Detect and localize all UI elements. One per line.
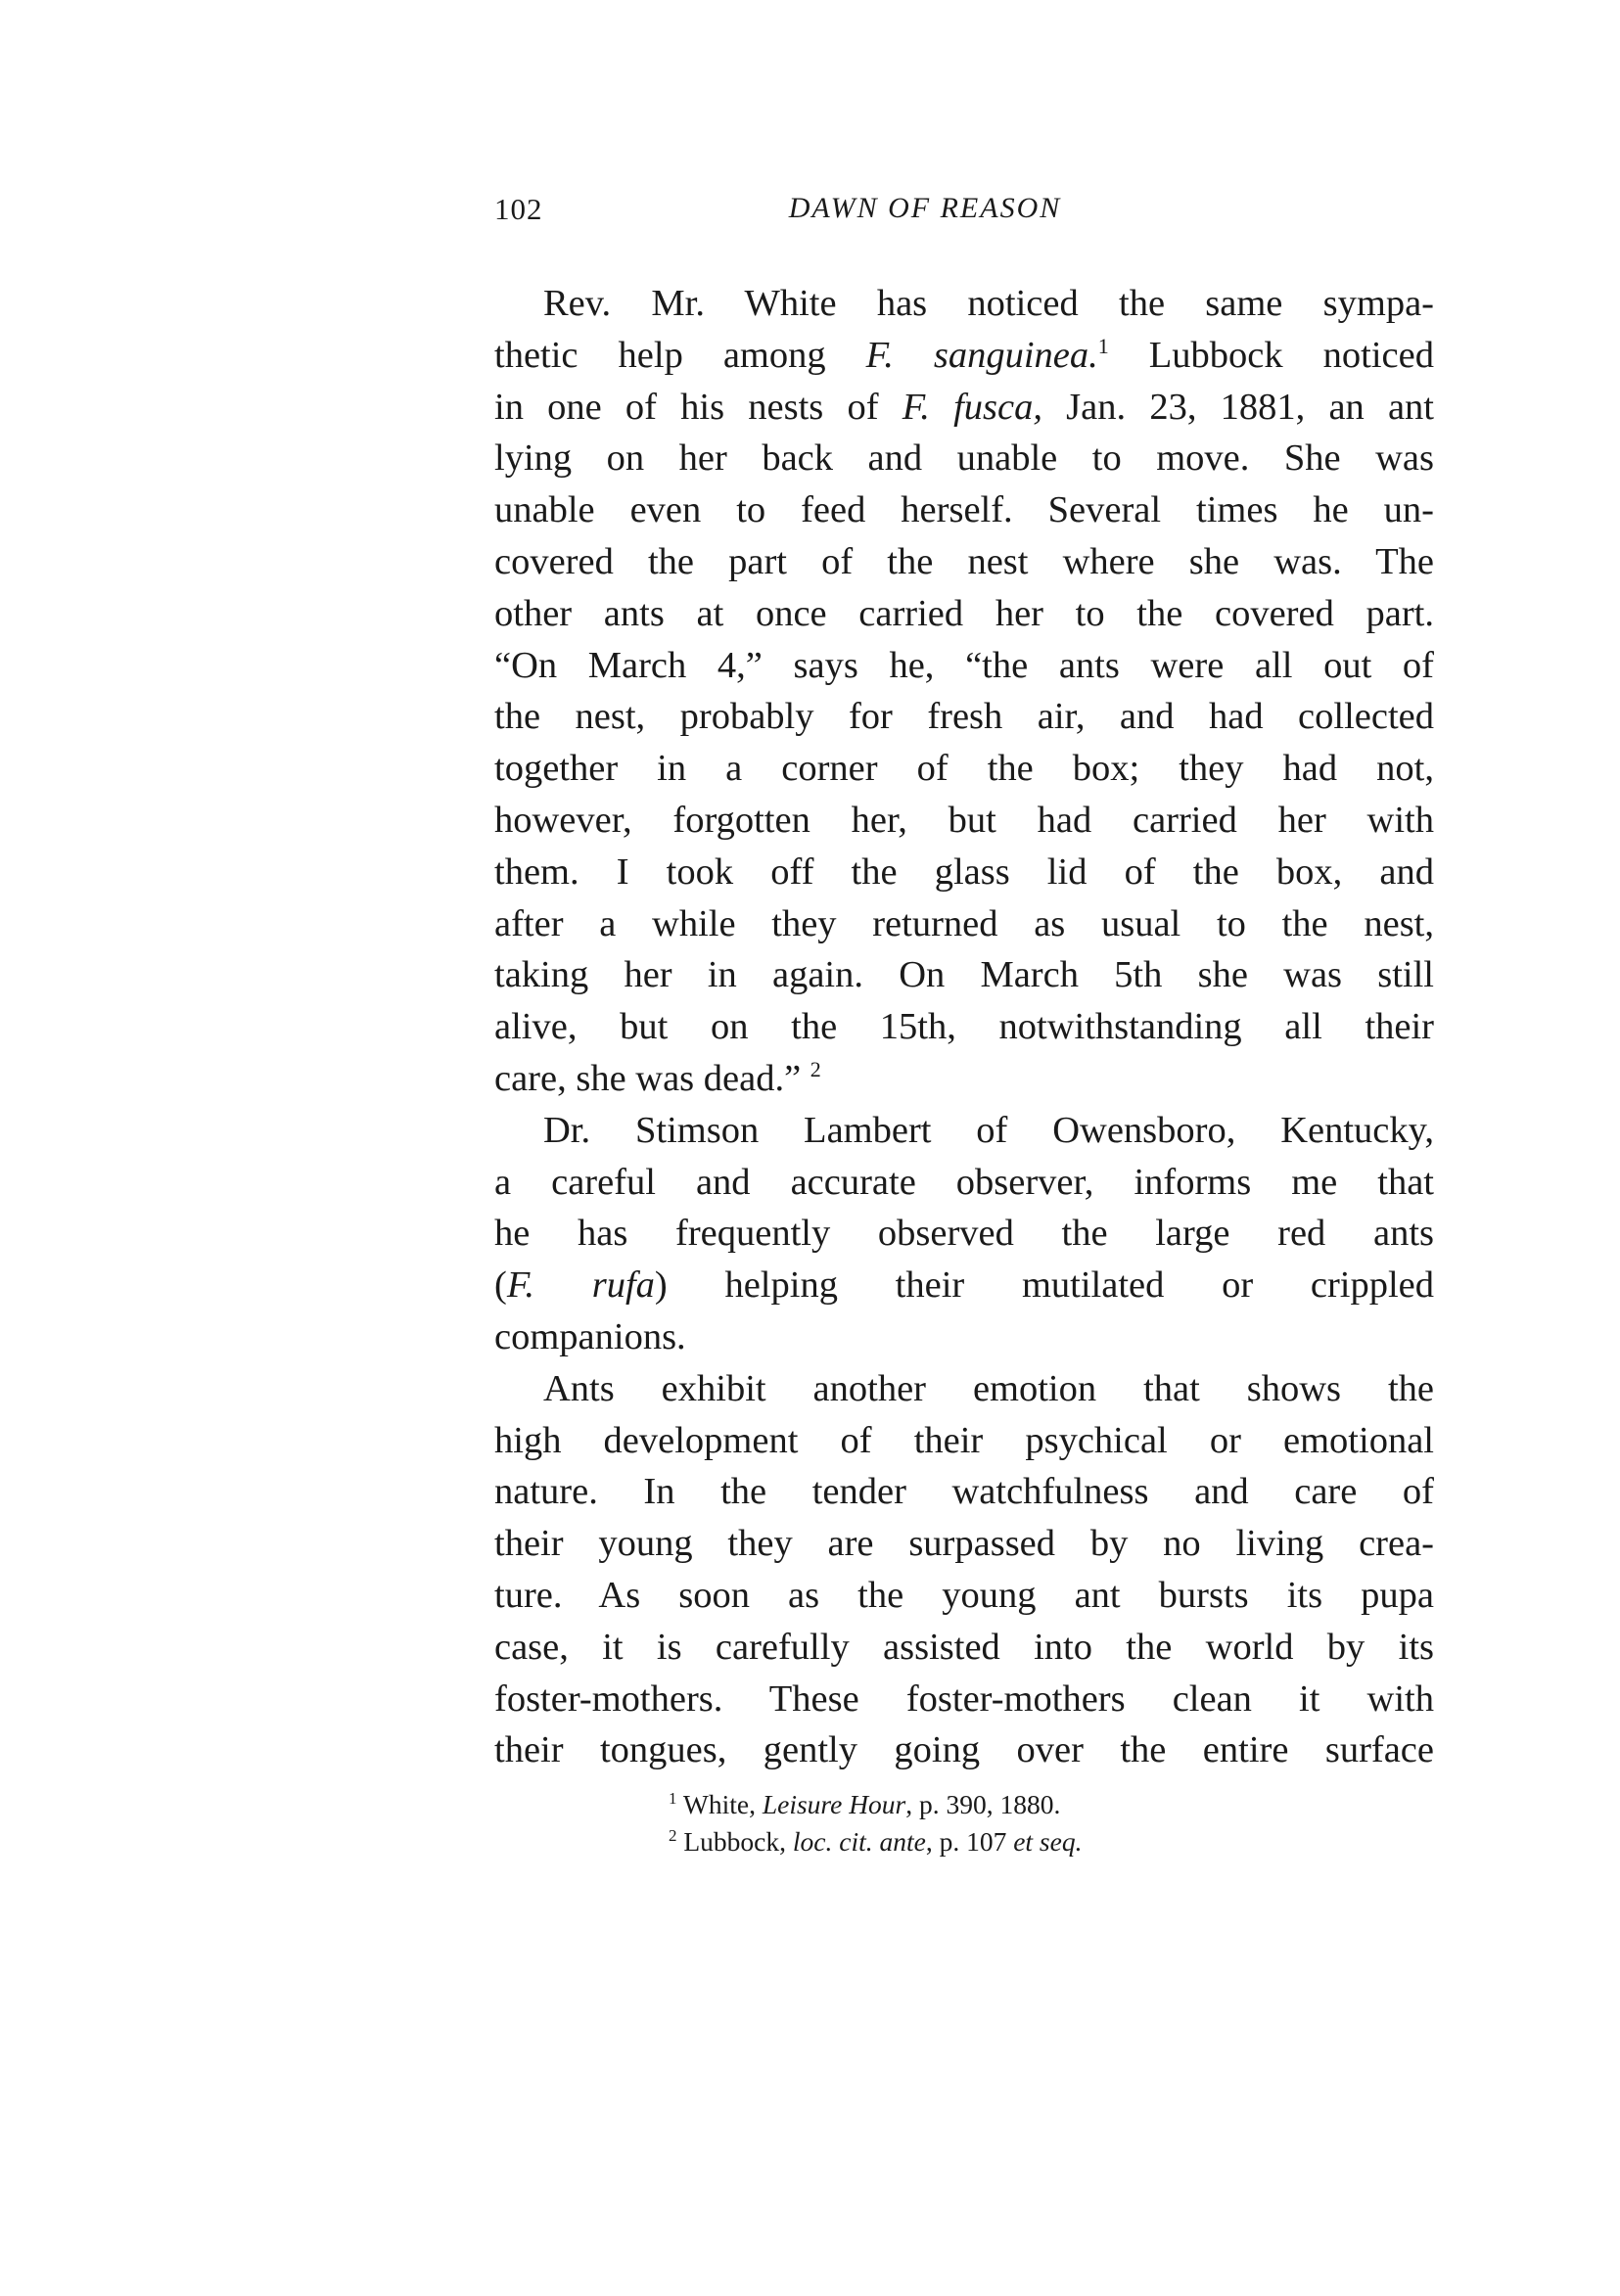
text-run: nature. In the tender watchfulness and c… <box>494 1471 1434 1512</box>
italic-run: F. sanguinea. <box>866 335 1098 376</box>
italic-run: loc. cit. ante <box>793 1826 926 1857</box>
text-run: other ants at once carried her to the co… <box>494 593 1434 634</box>
running-header: 102 DAWN OF REASON <box>494 192 1434 231</box>
text-run: “On March 4,” says he, “the ants were al… <box>494 645 1434 686</box>
text-line: unable even to feed herself. Several tim… <box>494 484 1434 536</box>
text-line: their tongues, gently going over the ent… <box>494 1724 1434 1776</box>
paragraph: Rev. Mr. White has noticed the same symp… <box>494 278 1434 1105</box>
text-run: together in a corner of the box; they ha… <box>494 748 1434 789</box>
footnote: 1 White, Leisure Hour, p. 390, 1880. <box>669 1786 1354 1823</box>
text-line: however, forgotten her, but had carried … <box>494 795 1434 847</box>
text-line: “On March 4,” says he, “the ants were al… <box>494 640 1434 692</box>
text-run: unable even to feed herself. Several tim… <box>494 489 1434 530</box>
text-line: them. I took off the glass lid of the bo… <box>494 847 1434 898</box>
text-run: taking her in again. On March 5th she wa… <box>494 954 1434 995</box>
text-line: Rev. Mr. White has noticed the same symp… <box>494 278 1434 330</box>
text-line: foster-mothers. These foster-mothers cle… <box>494 1674 1434 1725</box>
text-line: nature. In the tender watchfulness and c… <box>494 1466 1434 1518</box>
text-line: their young they are surpassed by no liv… <box>494 1518 1434 1570</box>
text-line: thetic help among F. sanguinea.1 Lubbock… <box>494 330 1434 382</box>
text-line: the nest, probably for fresh air, and ha… <box>494 691 1434 743</box>
text-run: ) helping their mutilated or crippled <box>655 1264 1434 1306</box>
text-run: companions. <box>494 1316 686 1357</box>
paragraph: Ants exhibit another emotion that shows … <box>494 1363 1434 1776</box>
text-run: high development of their psychical or e… <box>494 1420 1434 1461</box>
footnote-marker: 1 <box>669 1789 677 1808</box>
text-line: a careful and accurate observer, informs… <box>494 1157 1434 1209</box>
text-run: them. I took off the glass lid of the bo… <box>494 851 1434 893</box>
text-line: care, she was dead.” 2 <box>494 1053 1434 1105</box>
text-line: Dr. Stimson Lambert of Owensboro, Kentuc… <box>494 1105 1434 1157</box>
body-text: Rev. Mr. White has noticed the same symp… <box>494 278 1434 1776</box>
text-run: Jan. 23, 1881, an ant <box>1042 387 1434 428</box>
text-run: after a while they returned as usual to … <box>494 903 1434 944</box>
text-run: ture. As soon as the young ant bursts it… <box>494 1575 1434 1616</box>
text-line: case, it is carefully assisted into the … <box>494 1622 1434 1674</box>
footnote-ref: 1 <box>1098 334 1109 358</box>
text-run: , p. 390, 1880. <box>905 1789 1060 1819</box>
text-run: however, forgotten her, but had carried … <box>494 800 1434 841</box>
text-run: alive, but on the 15th, notwithstanding … <box>494 1006 1434 1047</box>
text-run: foster-mothers. These foster-mothers cle… <box>494 1678 1434 1720</box>
text-line: in one of his nests of F. fusca, Jan. 23… <box>494 382 1434 434</box>
text-line: after a while they returned as usual to … <box>494 898 1434 950</box>
text-line: alive, but on the 15th, notwithstanding … <box>494 1001 1434 1053</box>
text-line: high development of their psychical or e… <box>494 1415 1434 1467</box>
italic-run: et seq. <box>1013 1826 1082 1857</box>
text-run: Rev. Mr. White has noticed the same symp… <box>543 283 1434 324</box>
text-line: he has frequently observed the large red… <box>494 1208 1434 1260</box>
text-run: their young they are surpassed by no liv… <box>494 1523 1434 1564</box>
text-run: Lubbock, <box>683 1826 793 1857</box>
italic-run: F. rufa <box>507 1264 655 1306</box>
text-run: ( <box>494 1264 507 1306</box>
text-run: he has frequently observed the large red… <box>494 1213 1434 1254</box>
text-line: ture. As soon as the young ant bursts it… <box>494 1570 1434 1622</box>
footnote-ref: 2 <box>810 1057 821 1081</box>
text-line: lying on her back and unable to move. Sh… <box>494 433 1434 484</box>
text-run: care, she was dead.” <box>494 1058 810 1099</box>
text-line: (F. rufa) helping their mutilated or cri… <box>494 1260 1434 1311</box>
text-run: covered the part of the nest where she w… <box>494 541 1434 582</box>
italic-run: F. fusca, <box>903 387 1042 428</box>
text-line: taking her in again. On March 5th she wa… <box>494 949 1434 1001</box>
text-run: a careful and accurate observer, informs… <box>494 1162 1434 1203</box>
footnotes: 1 White, Leisure Hour, p. 390, 1880.2 Lu… <box>669 1786 1354 1860</box>
text-run: Ants exhibit another emotion that shows … <box>543 1368 1434 1409</box>
italic-run: Leisure Hour <box>763 1789 905 1819</box>
text-run: Dr. Stimson Lambert of Owensboro, Kentuc… <box>543 1110 1434 1151</box>
text-line: Ants exhibit another emotion that shows … <box>494 1363 1434 1415</box>
text-line: other ants at once carried her to the co… <box>494 588 1434 640</box>
text-line: covered the part of the nest where she w… <box>494 536 1434 588</box>
text-run: case, it is carefully assisted into the … <box>494 1627 1434 1668</box>
footnote: 2 Lubbock, loc. cit. ante, p. 107 et seq… <box>669 1823 1354 1860</box>
text-run: Lubbock noticed <box>1109 335 1434 376</box>
text-run: , p. 107 <box>926 1826 1013 1857</box>
footnote-marker: 2 <box>669 1826 677 1845</box>
paragraph: Dr. Stimson Lambert of Owensboro, Kentuc… <box>494 1105 1434 1363</box>
text-run: the nest, probably for fresh air, and ha… <box>494 696 1434 737</box>
text-line: companions. <box>494 1311 1434 1363</box>
text-line: together in a corner of the box; they ha… <box>494 743 1434 795</box>
text-run: White, <box>683 1789 763 1819</box>
text-run: lying on her back and unable to move. Sh… <box>494 437 1434 479</box>
text-run: thetic help among <box>494 335 866 376</box>
text-run: in one of his nests of <box>494 387 903 428</box>
text-run: their tongues, gently going over the ent… <box>494 1729 1434 1770</box>
running-title: DAWN OF REASON <box>494 192 1356 225</box>
